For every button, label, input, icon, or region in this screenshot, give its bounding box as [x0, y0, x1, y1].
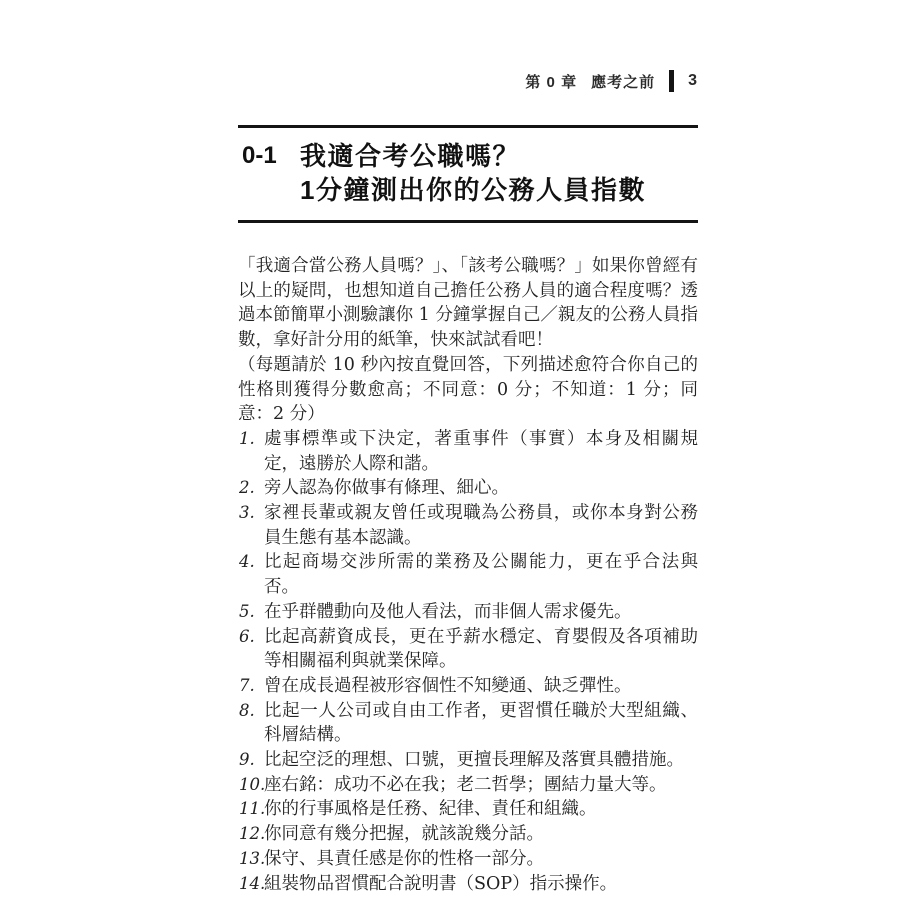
section-title: 我適合考公職嗎？ 1分鐘測出你的公務人員指數 — [300, 139, 646, 207]
page-number-divider — [669, 70, 674, 92]
list-item: 2.旁人認為你做事有條理、細心。 — [238, 476, 698, 501]
section-title-line1: 我適合考公職嗎？ — [300, 139, 646, 173]
item-text: 保守、具責任感是你的性格一部分。 — [264, 849, 544, 869]
chapter-label: 第 0 章 — [525, 71, 577, 92]
page-content-column: 第 0 章 應考之前 3 0-1 我適合考公職嗎？ 1分鐘測出你的公務人員指數 … — [238, 0, 698, 896]
item-text: 處事標準或下決定，著重事件（事實）本身及相關規定，遠勝於人際和諧。 — [264, 429, 698, 474]
list-item: 4.比起商場交涉所需的業務及公關能力，更在乎合法與否。 — [238, 550, 698, 599]
list-item: 14.組裝物品習慣配合說明書（SOP）指示操作。 — [238, 872, 698, 897]
item-text: 在乎群體動向及他人看法，而非個人需求優先。 — [264, 602, 632, 622]
item-text: 你的行事風格是任務、紀律、責任和組織。 — [264, 799, 597, 819]
item-text: 你同意有幾分把握，就該說幾分話。 — [264, 824, 544, 844]
list-item: 5.在乎群體動向及他人看法，而非個人需求優先。 — [238, 600, 698, 625]
item-number: 7. — [239, 674, 255, 699]
section-label: 應考之前 — [591, 71, 655, 92]
item-text: 旁人認為你做事有條理、細心。 — [264, 478, 509, 498]
item-number: 11. — [239, 797, 265, 822]
item-number: 5. — [239, 600, 255, 625]
item-number: 14. — [239, 872, 265, 897]
list-item: 3.家裡長輩或親友曾任或現職為公務員，或你本身對公務員生態有基本認識。 — [238, 501, 698, 550]
list-item: 1.處事標準或下決定，著重事件（事實）本身及相關規定，遠勝於人際和諧。 — [238, 427, 698, 476]
item-number: 4. — [239, 550, 255, 575]
item-text: 比起一人公司或自由工作者，更習慣任職於大型組織、科層結構。 — [264, 701, 698, 746]
list-item: 6.比起高薪資成長，更在乎薪水穩定、育嬰假及各項補助等相關福利與就業保障。 — [238, 625, 698, 674]
scoring-note: （每題請於 10 秒內按直覺回答，下列描述愈符合你自己的性格則獲得分數愈高；不同… — [238, 353, 698, 427]
body-text: 「我適合當公務人員嗎？」、「該考公職嗎？」如果你曾經有以上的疑問，也想知道自己擔… — [238, 254, 698, 896]
item-text: 曾在成長過程被形容個性不知變通、缺乏彈性。 — [264, 676, 632, 696]
list-item: 12.你同意有幾分把握，就該說幾分話。 — [238, 822, 698, 847]
item-text: 組裝物品習慣配合說明書（SOP）指示操作。 — [264, 874, 617, 894]
item-number: 6. — [239, 625, 255, 650]
running-header: 第 0 章 應考之前 3 — [238, 70, 698, 92]
quiz-list: 1.處事標準或下決定，著重事件（事實）本身及相關規定，遠勝於人際和諧。 2.旁人… — [238, 427, 698, 896]
list-item: 10.座右銘：成功不必在我；老二哲學；團結力量大等。 — [238, 773, 698, 798]
list-item: 9.比起空泛的理想、口號，更擅長理解及落實具體措施。 — [238, 748, 698, 773]
intro-paragraph: 「我適合當公務人員嗎？」、「該考公職嗎？」如果你曾經有以上的疑問，也想知道自己擔… — [238, 254, 698, 353]
section-title-block: 0-1 我適合考公職嗎？ 1分鐘測出你的公務人員指數 — [238, 125, 698, 223]
list-item: 8.比起一人公司或自由工作者，更習慣任職於大型組織、科層結構。 — [238, 699, 698, 748]
item-text: 比起高薪資成長，更在乎薪水穩定、育嬰假及各項補助等相關福利與就業保障。 — [264, 627, 698, 672]
list-item: 13.保守、具責任感是你的性格一部分。 — [238, 847, 698, 872]
item-number: 2. — [239, 476, 255, 501]
item-text: 比起空泛的理想、口號，更擅長理解及落實具體措施。 — [264, 750, 684, 770]
item-number: 12. — [239, 822, 265, 847]
section-title-line2: 1分鐘測出你的公務人員指數 — [300, 173, 646, 207]
item-number: 9. — [239, 748, 255, 773]
item-number: 13. — [239, 847, 265, 872]
list-item: 7.曾在成長過程被形容個性不知變通、缺乏彈性。 — [238, 674, 698, 699]
item-number: 8. — [239, 699, 255, 724]
item-number: 3. — [239, 501, 255, 526]
section-number: 0-1 — [242, 139, 300, 172]
item-text: 座右銘：成功不必在我；老二哲學；團結力量大等。 — [264, 775, 667, 795]
item-text: 比起商場交涉所需的業務及公關能力，更在乎合法與否。 — [264, 552, 698, 597]
book-page: 第 0 章 應考之前 3 0-1 我適合考公職嗎？ 1分鐘測出你的公務人員指數 … — [0, 0, 900, 900]
page-number: 3 — [688, 72, 698, 90]
item-number: 1. — [239, 427, 255, 452]
item-text: 家裡長輩或親友曾任或現職為公務員，或你本身對公務員生態有基本認識。 — [264, 503, 698, 548]
item-number: 10. — [239, 773, 265, 798]
list-item: 11.你的行事風格是任務、紀律、責任和組織。 — [238, 797, 698, 822]
